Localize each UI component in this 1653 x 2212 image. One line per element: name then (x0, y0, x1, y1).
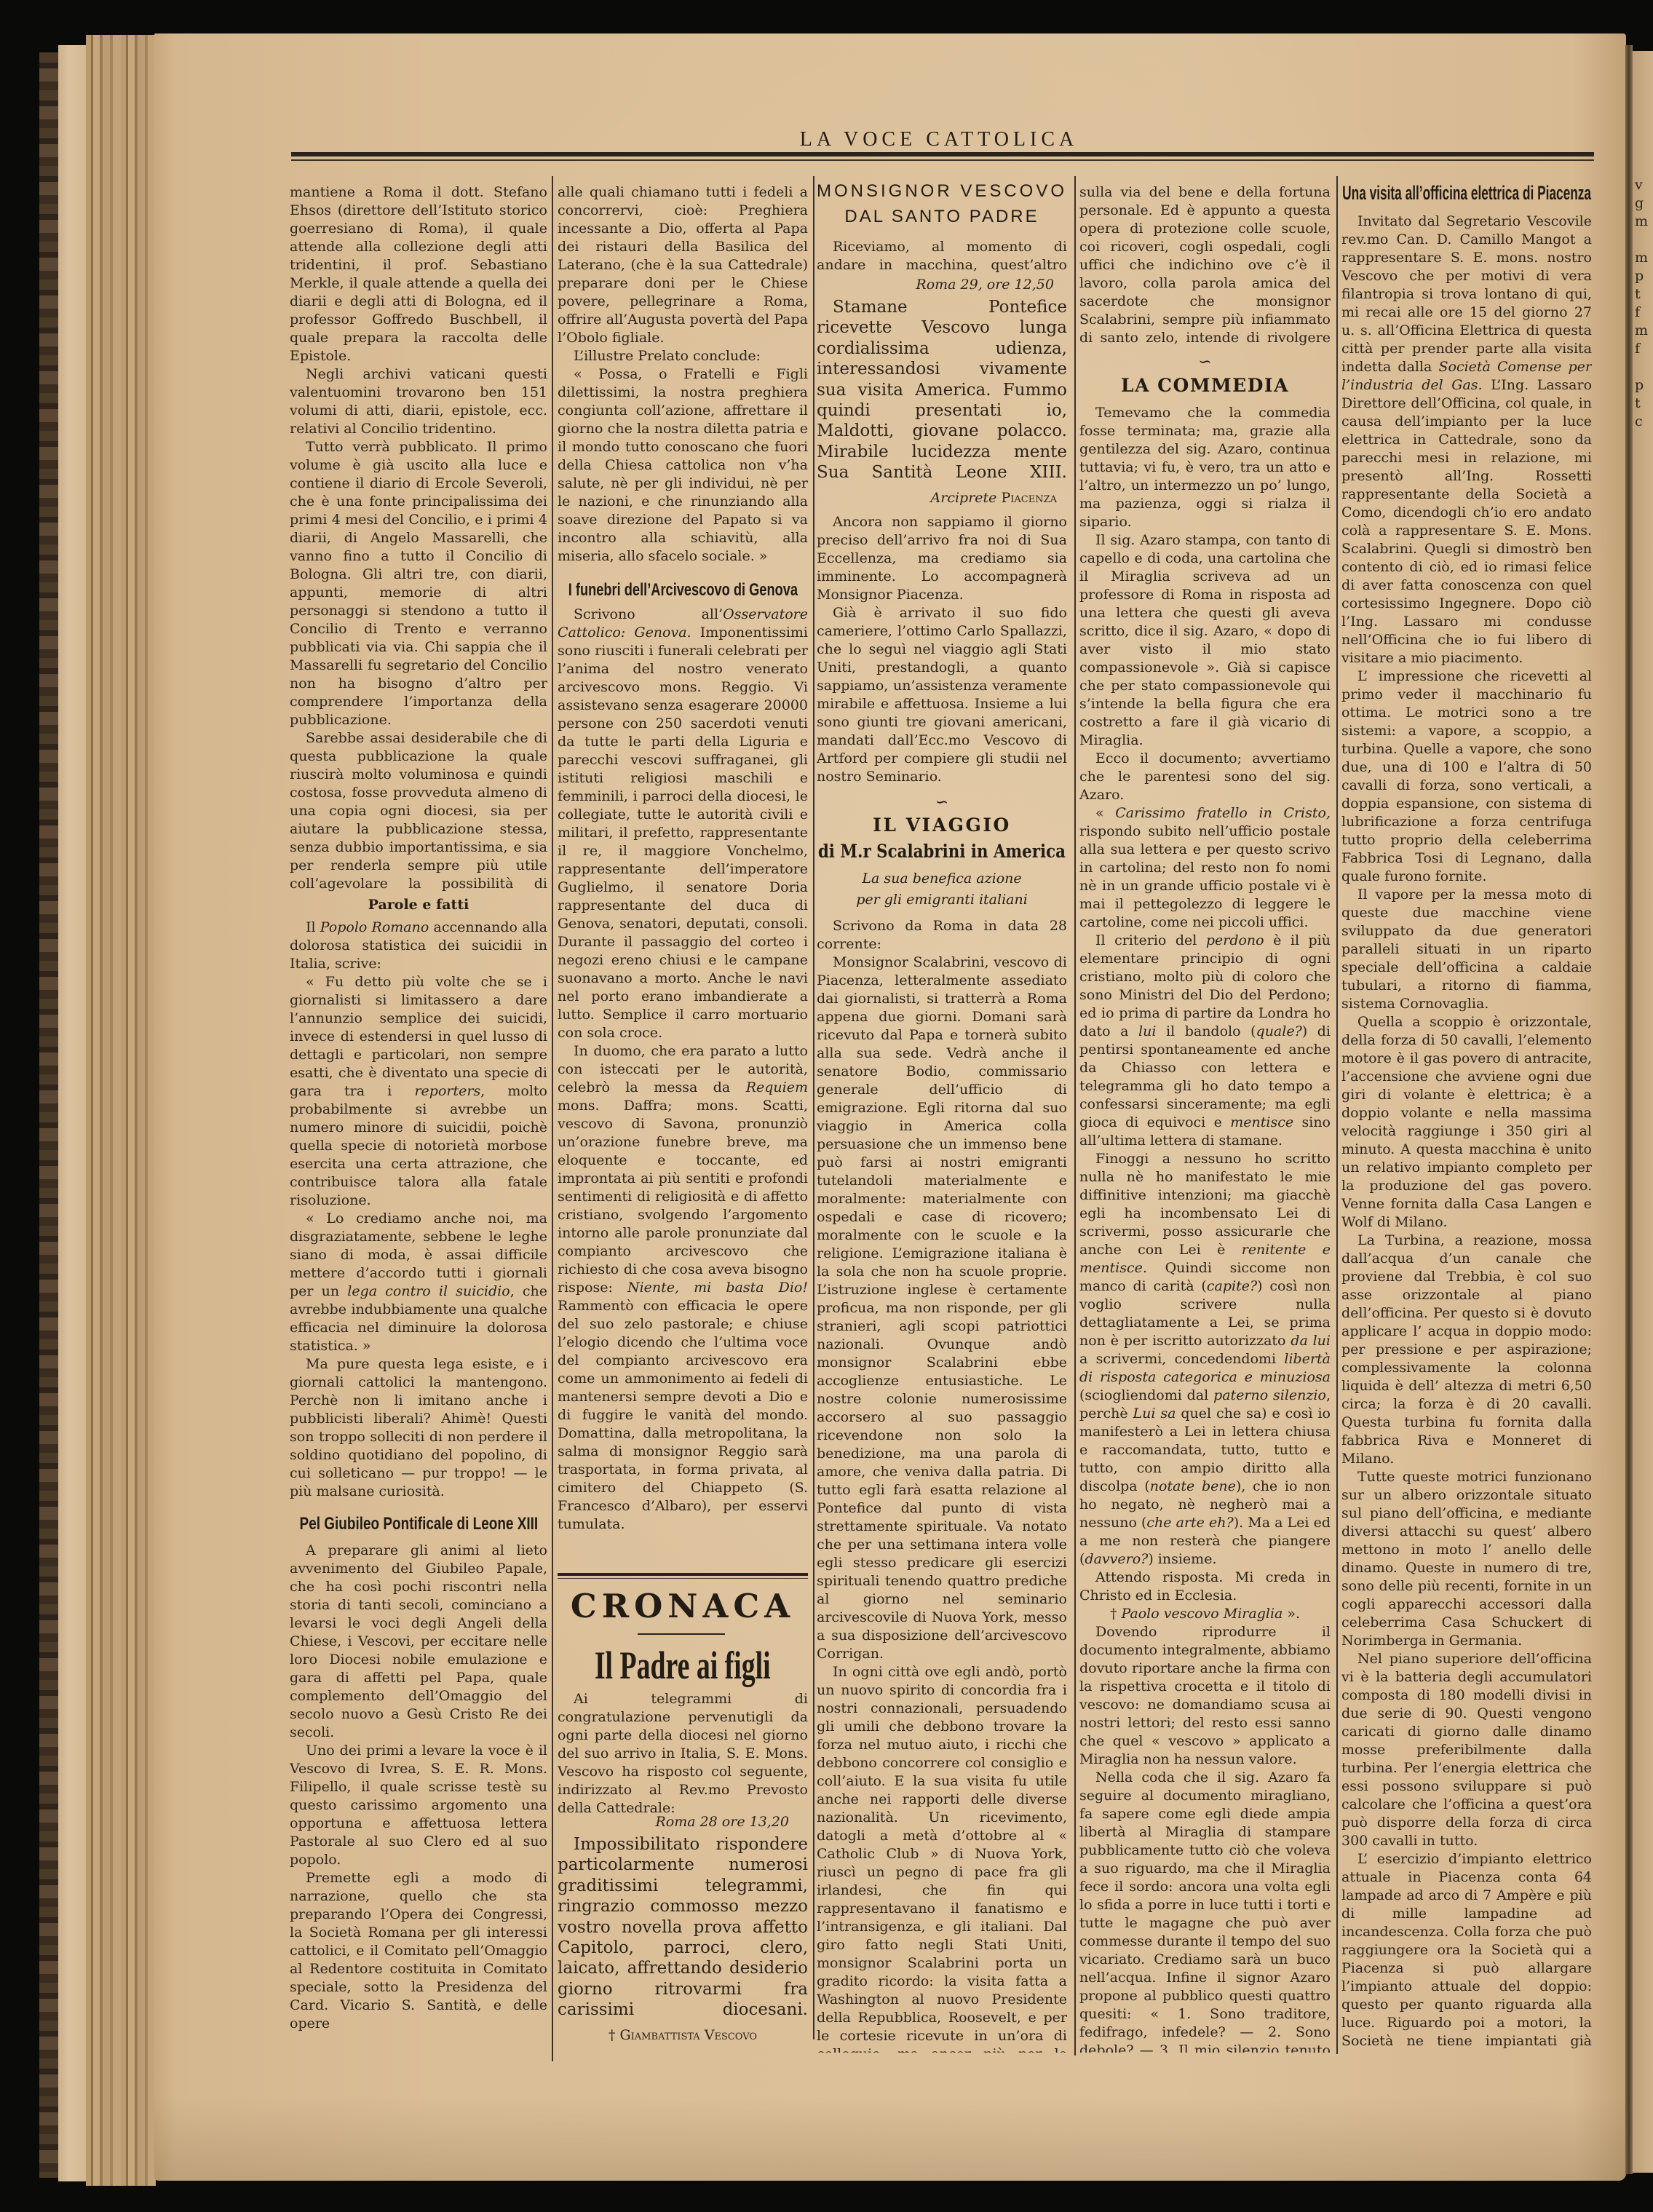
fragment-char (1635, 231, 1648, 249)
text-run: mons. Daffra; mons. Scatti, vescovo di S… (558, 1098, 808, 1296)
ornament-divider: ∽ (817, 792, 1067, 812)
paragraph: Ma pure questa lega esiste, e i giornali… (290, 1355, 547, 1501)
masthead-rule-thick (291, 152, 1594, 156)
text-run: † (1110, 1606, 1122, 1622)
telegram-dateline: Roma 28 ore 13,20 (558, 1813, 789, 1831)
fragment-char: c (1635, 413, 1648, 431)
paragraph: Ecco il documento; avvertiamo che le par… (1079, 750, 1331, 804)
italic-run: quale? (1256, 1023, 1302, 1039)
paragraph: In ogni città ove egli andò, portò un nu… (817, 1663, 1067, 2053)
paragraph: Il Popolo Romano accennando alla doloros… (290, 919, 547, 973)
page-gutter (1625, 45, 1633, 2174)
article-viaggio-scalabrini: Scrivono da Roma in data 28 corrente: Mo… (817, 917, 1067, 2053)
fragment-char: p (1635, 267, 1648, 285)
next-page-sliver: v g m m p t f m f p t c (1633, 51, 1653, 2173)
paragraph: Uno dei primi a levare la voce è il Vesc… (290, 1742, 547, 1869)
italic-run: che arte eh? (1146, 1515, 1233, 1531)
heading-text: Pel Giubileo Pontificale di Leone XIII (299, 1514, 538, 1534)
headline-la-commedia: LA COMMEDIA (1079, 373, 1331, 397)
heading-text: CRONACA (571, 1587, 795, 1625)
text-run: Rammentò con efficacia le opere del suo … (558, 1298, 808, 1532)
italic-run: Carissimo fratello in Cristo, (1115, 805, 1331, 821)
paragraph: L’ esercizio d’impianto elettrico attual… (1341, 1850, 1592, 2053)
paragraph: « Carissimo fratello in Cristo, rispondo… (1079, 804, 1331, 932)
stacked-page-edges (86, 35, 156, 2186)
paragraph: « Fu detto più volte che se i giornalist… (290, 973, 547, 1210)
italic-run: perdono (1206, 932, 1264, 948)
cronaca-rule-thin (558, 1578, 808, 1579)
paragraph: Scrivono all’Osservatore Cattolico: Geno… (558, 606, 808, 1042)
text-run: ». (1283, 1606, 1300, 1622)
telegram-text: Impossibilitato rispondere particolarmen… (558, 1834, 808, 2022)
book-binding-spine (39, 52, 58, 2178)
italic-run: Niente, mi basta Dio! (627, 1280, 808, 1296)
paragraph: Tutte queste motrici funzionano sur un a… (1341, 1468, 1592, 1650)
article-parole-e-fatti: Il Popolo Romano accennando alla doloros… (290, 919, 547, 1505)
headline-scalabrini-america: di M.r Scalabrini in America (817, 839, 1067, 863)
italic-run: da lui (1291, 1333, 1331, 1349)
signature-name: Piacenza (1001, 490, 1057, 506)
paragraph: Quella a scoppio è orizzontale, della fo… (1341, 1013, 1592, 1232)
text-run: L’Ing. Lassaro Direttore dell’Officina, … (1341, 377, 1592, 666)
paragraph: Nel piano superiore dell’officina vi è l… (1341, 1650, 1592, 1850)
paragraph: Sarebbe assai desiderabile che di questa… (290, 729, 547, 893)
fragment-char: f (1635, 340, 1648, 358)
article-funebri-genova: Scrivono all’Osservatore Cattolico: Geno… (558, 606, 808, 1565)
paragraph: Ancora non sappiamo il giorno preciso de… (817, 513, 1067, 604)
fragment-char: t (1635, 395, 1648, 413)
ornament-divider: ∽ (1079, 352, 1331, 372)
ornament-glyph: ∽ (1198, 353, 1211, 371)
paragraph: mantiene a Roma il dott. Stefano Ehsos (… (290, 183, 547, 365)
paragraph: Il criterio del perdono è il più element… (1079, 932, 1331, 1150)
paragraph: † Paolo vescovo Miraglia ». (1079, 1605, 1331, 1623)
masthead-rule-thin (291, 159, 1594, 161)
section-title-cronaca: CRONACA (558, 1587, 808, 1625)
fragment-char: g (1635, 194, 1648, 213)
italic-run: Paolo vescovo Miraglia (1121, 1606, 1283, 1622)
heading-text: di M.r Scalabrini in America (818, 841, 1066, 862)
text-run: rispondo subito nell’ufficio postale all… (1079, 823, 1331, 930)
article-officina-elettrica: Invitato dal Segretario Vescovile rev.mo… (1341, 213, 1592, 2053)
text-run: « (1095, 805, 1115, 821)
italic-run: capite? (1207, 1278, 1257, 1294)
section-heading-giubileo: Pel Giubileo Pontificale di Leone XIII (290, 1513, 547, 1536)
heading-text: LA COMMEDIA (1121, 375, 1289, 396)
paragraph: Il sig. Azaro stampa, con tanto di capel… (1079, 531, 1331, 750)
italic-run: paterno silenzio (1213, 1387, 1326, 1403)
paragraph: sulla via del bene e della fortuna perso… (1079, 183, 1331, 349)
headline-padre-ai-figli: Il Padre ai figli (558, 1644, 808, 1687)
paragraph: Scrivono da Roma in data 28 corrente: (817, 917, 1067, 954)
paragraph: Riceviamo, al momento di andare in macch… (817, 238, 1067, 274)
deck-line: La sua benefica azione (817, 868, 1067, 889)
cronaca-rule (558, 1573, 808, 1576)
paragraph: « Lo crediamo anche noi, ma disgraziatam… (290, 1210, 547, 1355)
paragraph: Temevamo che la commedia fosse terminata… (1079, 404, 1331, 531)
column-divider (1074, 176, 1076, 2056)
fragment-char: v (1635, 176, 1648, 194)
italic-run: lui (1138, 1023, 1156, 1039)
article-giubileo: A preparare gli animi al lieto avvenimen… (290, 1542, 547, 2051)
deck-text: per gli emigranti italiani (856, 892, 1028, 908)
paragraph: Monsignor Scalabrini, vescovo di Piacenz… (817, 954, 1067, 1663)
italic-run: Lui sa (1133, 1406, 1176, 1422)
text-run: ) insieme. (1148, 1551, 1216, 1567)
fragment-char: t (1635, 285, 1648, 304)
paragraph: La Turbina, a reazione, mossa dall’acqua… (1341, 1232, 1592, 1468)
text-run: (sciogliendomi dal (1079, 1387, 1213, 1403)
paragraph: Attendo risposta. Mi creda in Christo ed… (1079, 1569, 1331, 1605)
section-heading-parole-e-fatti: Parole e fatti (290, 894, 547, 916)
telegram-signature: † Giambattista Vescovo (558, 2026, 808, 2045)
text-run: Scrivono all’ (574, 606, 723, 622)
article-concilio-continuation: mantiene a Roma il dott. Stefano Ehsos (… (290, 183, 547, 893)
italic-run: Requiem (746, 1079, 808, 1095)
headline-il-viaggio: IL VIAGGIO (817, 813, 1067, 836)
italic-run: Popolo Romano (320, 919, 429, 935)
italic-run: notate bene (1150, 1478, 1236, 1494)
paragraph: Premette egli a modo di narrazione, quel… (290, 1869, 547, 2033)
paragraph: L’illustre Prelato conclude: (558, 347, 808, 365)
deck-text: La sua benefica azione (862, 871, 1021, 887)
article-viaggio-continuation: sulla via del bene e della fortuna perso… (1079, 183, 1331, 349)
paragraph: Tutto verrà pubblicato. Il primo volume … (290, 438, 547, 729)
heading-text: I funebri dell’Arcivescovo di Genova (568, 580, 797, 600)
paragraph: Finoggi a nessuno ho scritto nulla nè ho… (1079, 1150, 1331, 1569)
paragraph: L’ impressione che ricevetti al primo ve… (1341, 667, 1592, 886)
heading-text: Parole e fatti (368, 897, 469, 913)
signature-role: Arciprete (931, 490, 997, 506)
text-run: il bandolo ( (1156, 1023, 1256, 1039)
text-run: a scrivermi, concedendomi (1079, 1351, 1284, 1367)
cronaca-short-rule (638, 1633, 725, 1635)
text-run: « Fu detto più volte che se i giornalist… (290, 974, 547, 1099)
italic-run: lega contro il suicidio (347, 1283, 510, 1299)
paragraph: Il vapore per la messa moto di queste du… (1341, 886, 1592, 1013)
section-heading-funebri: I funebri dell’Arcivescovo di Genova (558, 579, 808, 602)
paragraph: In duomo, che era parato a lutto con ist… (558, 1042, 808, 1534)
headline-officina-elettrica: Una visita all’officina elettrica di Pia… (1341, 180, 1592, 206)
paragraph: « Possa, o Fratelli e Figli dilettissimi… (558, 365, 808, 566)
text-run: Invitato dal Segretario Vescovile rev.mo… (1341, 213, 1592, 375)
italic-run: mentisce (1230, 1114, 1293, 1130)
telegram-signature: Arciprete Piacenza (817, 489, 1057, 507)
binding-endpaper (58, 45, 86, 2181)
heading-text: DAL SANTO PADRE (844, 207, 1039, 227)
paragraph: alle quali chiamano tutti i fedeli a con… (558, 183, 808, 347)
italic-run: davvero? (1085, 1551, 1148, 1567)
heading-text: IL VIAGGIO (873, 814, 1011, 836)
paragraph: Stamane Pontefice ricevette Vescovo lung… (817, 297, 1067, 484)
text-run: Imponentissimi sono riusciti i funerali … (558, 625, 808, 1041)
column-divider (813, 176, 814, 2039)
column-divider (552, 176, 553, 2061)
heading-text: MONSIGNOR VESCOVO (817, 181, 1067, 202)
fragment-char (1635, 358, 1648, 376)
headline-dal-santo-padre: DAL SANTO PADRE (817, 205, 1067, 229)
heading-text: Una visita all’officina elettrica di Pia… (1342, 182, 1591, 205)
headline-monsignor-vescovo: MONSIGNOR VESCOVO (817, 179, 1067, 204)
paragraph: Ai telegrammi di congratulazione pervenu… (558, 1690, 808, 1817)
fragment-char: m (1635, 213, 1648, 231)
paragraph: Impossibilitato rispondere particolarmen… (558, 1834, 808, 2022)
cronaca-intro: Ai telegrammi di congratulazione pervenu… (558, 1690, 808, 1818)
telegram-intro: Riceviamo, al momento di andare in macch… (817, 238, 1067, 274)
telegram-text: Stamane Pontefice ricevette Vescovo lung… (817, 297, 1067, 484)
column-divider (1336, 176, 1338, 2054)
fragment-char: m (1635, 249, 1648, 267)
masthead-title: LA VOCE CATTOLICA (772, 128, 1106, 151)
fragment-char: m (1635, 322, 1648, 340)
paragraph: Dovendo riprodurre il documento integral… (1079, 1623, 1331, 1769)
paragraph: Nella coda che il sig. Azaro fa seguire … (1079, 1769, 1331, 2053)
fragment-char: p (1635, 376, 1648, 395)
paragraph: Invitato dal Segretario Vescovile rev.mo… (1341, 213, 1592, 667)
paragraph: Già è arrivato il suo fido cameriere, l’… (817, 604, 1067, 786)
paragraph: Negli archivi vaticani questi valentuomi… (290, 365, 547, 438)
ornament-glyph: ∽ (935, 793, 948, 812)
text-run: , molto probabilmente si avrebbe un nume… (290, 1083, 547, 1208)
fragment-char: f (1635, 304, 1648, 322)
next-page-text-fragment: v g m m p t f m f p t c (1635, 176, 1648, 431)
text-run: Il (306, 919, 320, 935)
telegram-dateline: Roma 29, ore 12,50 (817, 276, 1054, 295)
article-la-commedia: Temevamo che la commedia fosse terminata… (1079, 404, 1331, 2053)
article-giubileo-continuation: alle quali chiamano tutti i fedeli a con… (558, 183, 808, 569)
text-run: Il criterio del (1095, 932, 1206, 948)
heading-text: Il Padre ai figli (595, 1643, 771, 1688)
italic-run: reporters (414, 1083, 480, 1099)
paragraph: A preparare gli animi al lieto avvenimen… (290, 1542, 547, 1742)
article-arrivo-vescovo: Ancora non sappiamo il giorno preciso de… (817, 513, 1067, 788)
deck-line: per gli emigranti italiani (817, 889, 1067, 910)
